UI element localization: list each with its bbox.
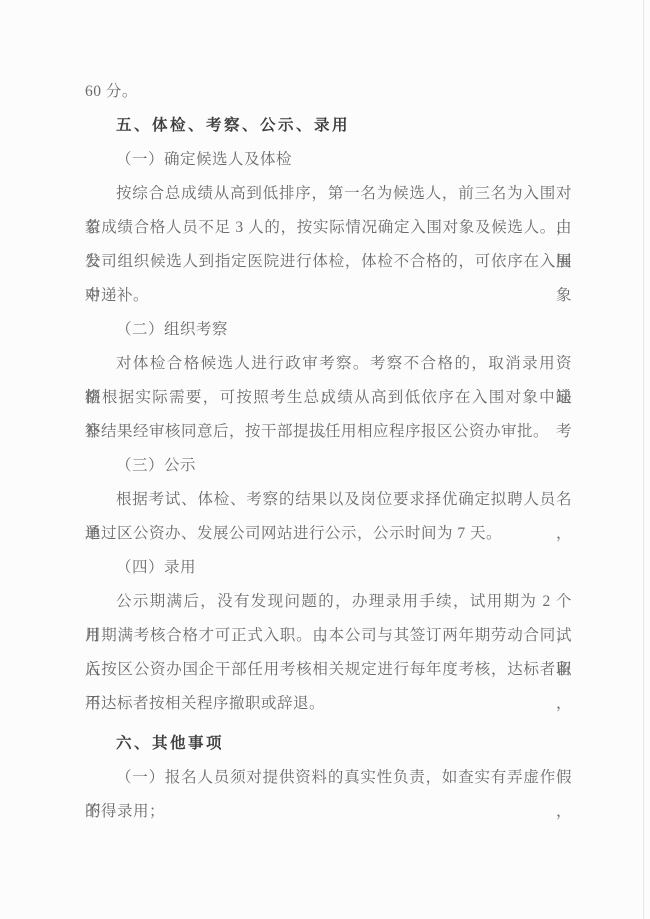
paragraph-line: 对体检合格候选人进行政审考察。考察不合格的，取消录用资格；缺 (85, 347, 572, 381)
paragraph-line: 公司组织候选人到指定医院进行体检，体检不合格的，可依序在入围对象 (85, 245, 572, 279)
document-page: 60 分。五、体检、考察、公示、录用（一）确定候选人及体检按综合总成绩从高到低排… (0, 0, 650, 919)
paragraph-line: 通过区公资办、发展公司网站进行公示，公示时间为 7 天。 (85, 517, 572, 551)
subsection-heading: （一）确定候选人及体检 (85, 143, 572, 177)
body-line: 60 分。 (85, 75, 572, 109)
subsection-heading: （三）公示 (85, 449, 572, 483)
paragraph-line: 用期满考核合格才可正式入职。由本公司与其签订两年期劳动合同，入职 (85, 619, 572, 653)
subsection-heading: （四）录用 (85, 551, 572, 585)
paragraph-line: 察结果经审核同意后，按干部提拔任用相应程序报区公资办审批。 (85, 415, 572, 449)
scan-edge-line (643, 0, 644, 919)
section-heading: 五、体检、考察、公示、录用 (85, 109, 572, 143)
paragraph-line: 若成绩合格人员不足 3 人的，按实际情况确定入围对象及候选人。由发展 (85, 211, 572, 245)
paragraph-line: 按综合总成绩从高到低排序，第一名为候选人，前三名为入围对象， (85, 177, 572, 211)
paragraph-line: 后按区公资办国企干部任用考核相关规定进行每年度考核，达标者留用， (85, 653, 572, 687)
paragraph-line: （一）报名人员须对提供资料的真实性负责，如查实有弄虚作假的， (85, 761, 572, 795)
paragraph-line: 公示期满后，没有发现问题的，办理录用手续，试用期为 2 个月，试 (85, 585, 572, 619)
subsection-heading: （二）组织考察 (85, 313, 572, 347)
section-heading: 六、其他事项 (85, 727, 572, 761)
paragraph-line: 额根据实际需要，可按照考生总成绩从高到低依序在入围对象中递补。考 (85, 381, 572, 415)
document-body: 60 分。五、体检、考察、公示、录用（一）确定候选人及体检按综合总成绩从高到低排… (85, 75, 572, 829)
paragraph-line: 根据考试、体检、考察的结果以及岗位要求择优确定拟聘人员名单， (85, 483, 572, 517)
